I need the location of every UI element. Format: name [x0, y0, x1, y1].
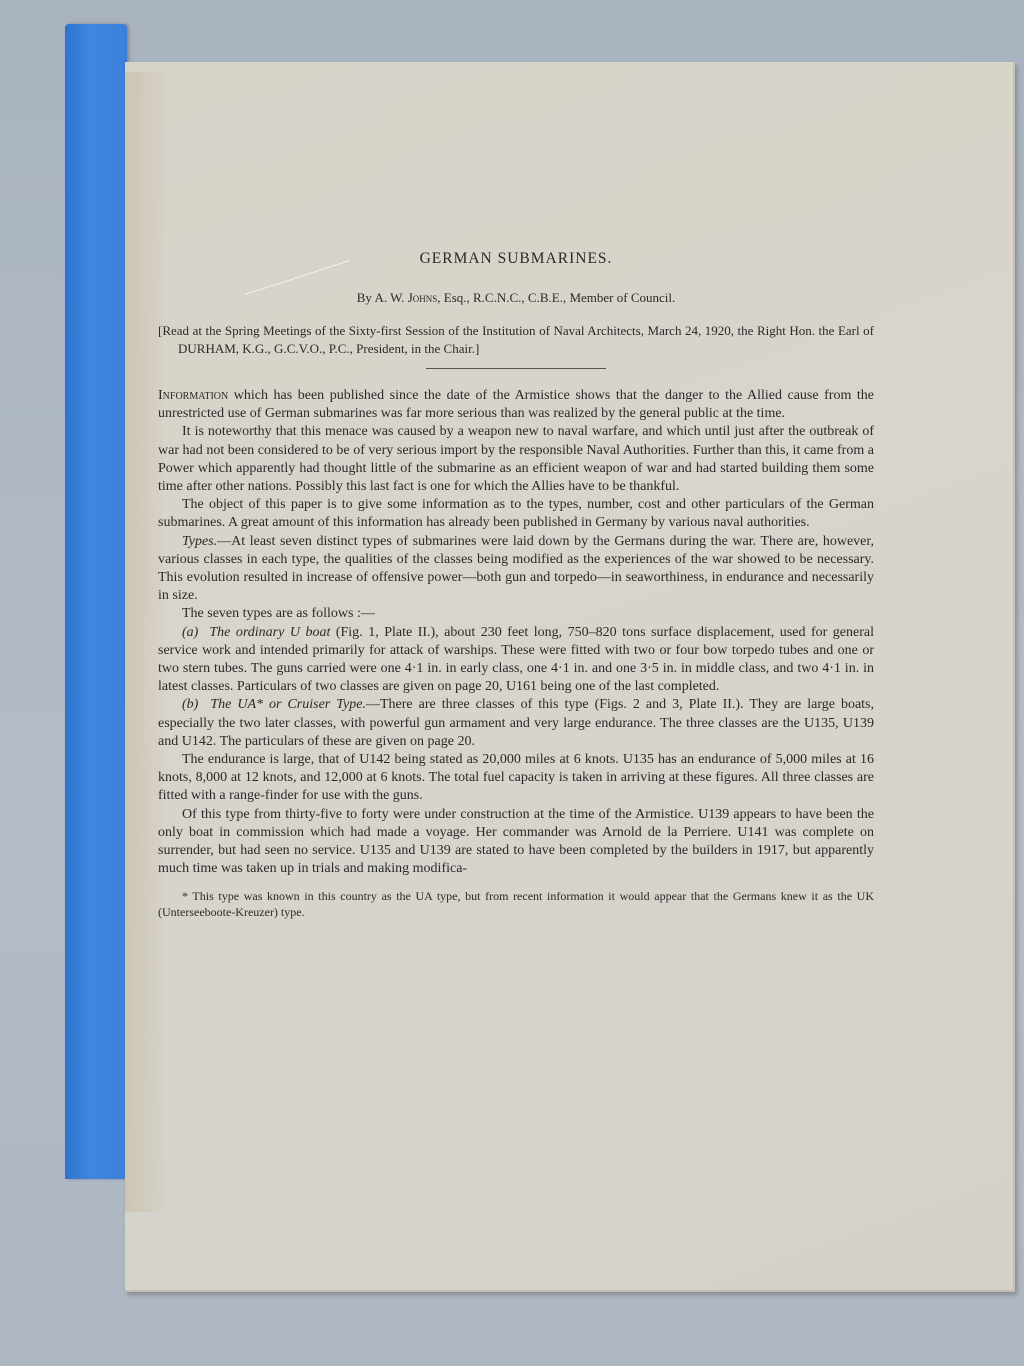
divider-rule: [426, 368, 606, 369]
paragraph-italic-lead: Types.: [182, 534, 217, 549]
paragraph: Types.—At least seven distinct types of …: [158, 533, 874, 606]
paragraph-text: It is noteworthy that this menace was ca…: [158, 424, 874, 494]
paragraph-italic-lead: The UA* or Cruiser Type.: [210, 697, 366, 712]
paragraph-text: The endurance is large, that of U142 bei…: [158, 752, 874, 803]
body-text: Information which has been published sin…: [158, 387, 874, 878]
paragraph-text: Of this type from thirty-five to forty w…: [158, 807, 874, 877]
paragraph-italic-lead: The ordinary U boat: [209, 625, 330, 640]
document-title: GERMAN SUBMARINES.: [158, 250, 874, 268]
byline-prefix: By A. W.: [357, 290, 408, 305]
paragraph: The seven types are as follows :—: [158, 605, 874, 623]
paragraph-text: which has been published since the date …: [158, 388, 874, 421]
item-label: (b): [182, 697, 198, 712]
byline: By A. W. Johns, Esq., R.C.N.C., C.B.E., …: [158, 290, 874, 306]
blue-binder-strip: [65, 24, 127, 1179]
paragraph: Information which has been published sin…: [158, 387, 874, 423]
author-name: Johns: [408, 290, 438, 305]
paragraph-text: —At least seven distinct types of submar…: [158, 534, 874, 604]
paragraph-type-a: (a) The ordinary U boat (Fig. 1, Plate I…: [158, 624, 874, 697]
document-content: GERMAN SUBMARINES. By A. W. Johns, Esq.,…: [158, 250, 874, 932]
read-at-note: [Read at the Spring Meetings of the Sixt…: [158, 322, 874, 358]
paragraph: The endurance is large, that of U142 bei…: [158, 751, 874, 806]
paragraph-lead: Information: [158, 388, 228, 403]
paragraph-text: The object of this paper is to give some…: [158, 497, 874, 530]
paragraph-type-b: (b) The UA* or Cruiser Type.—There are t…: [158, 696, 874, 751]
paragraph: It is noteworthy that this menace was ca…: [158, 423, 874, 496]
paragraph: The object of this paper is to give some…: [158, 496, 874, 532]
paragraph: Of this type from thirty-five to forty w…: [158, 806, 874, 879]
item-label: (a): [182, 625, 198, 640]
paragraph-text: The seven types are as follows :—: [182, 606, 375, 621]
footnote: * This type was known in this country as…: [158, 888, 874, 920]
byline-suffix: , Esq., R.C.N.C., C.B.E., Member of Coun…: [437, 290, 675, 305]
